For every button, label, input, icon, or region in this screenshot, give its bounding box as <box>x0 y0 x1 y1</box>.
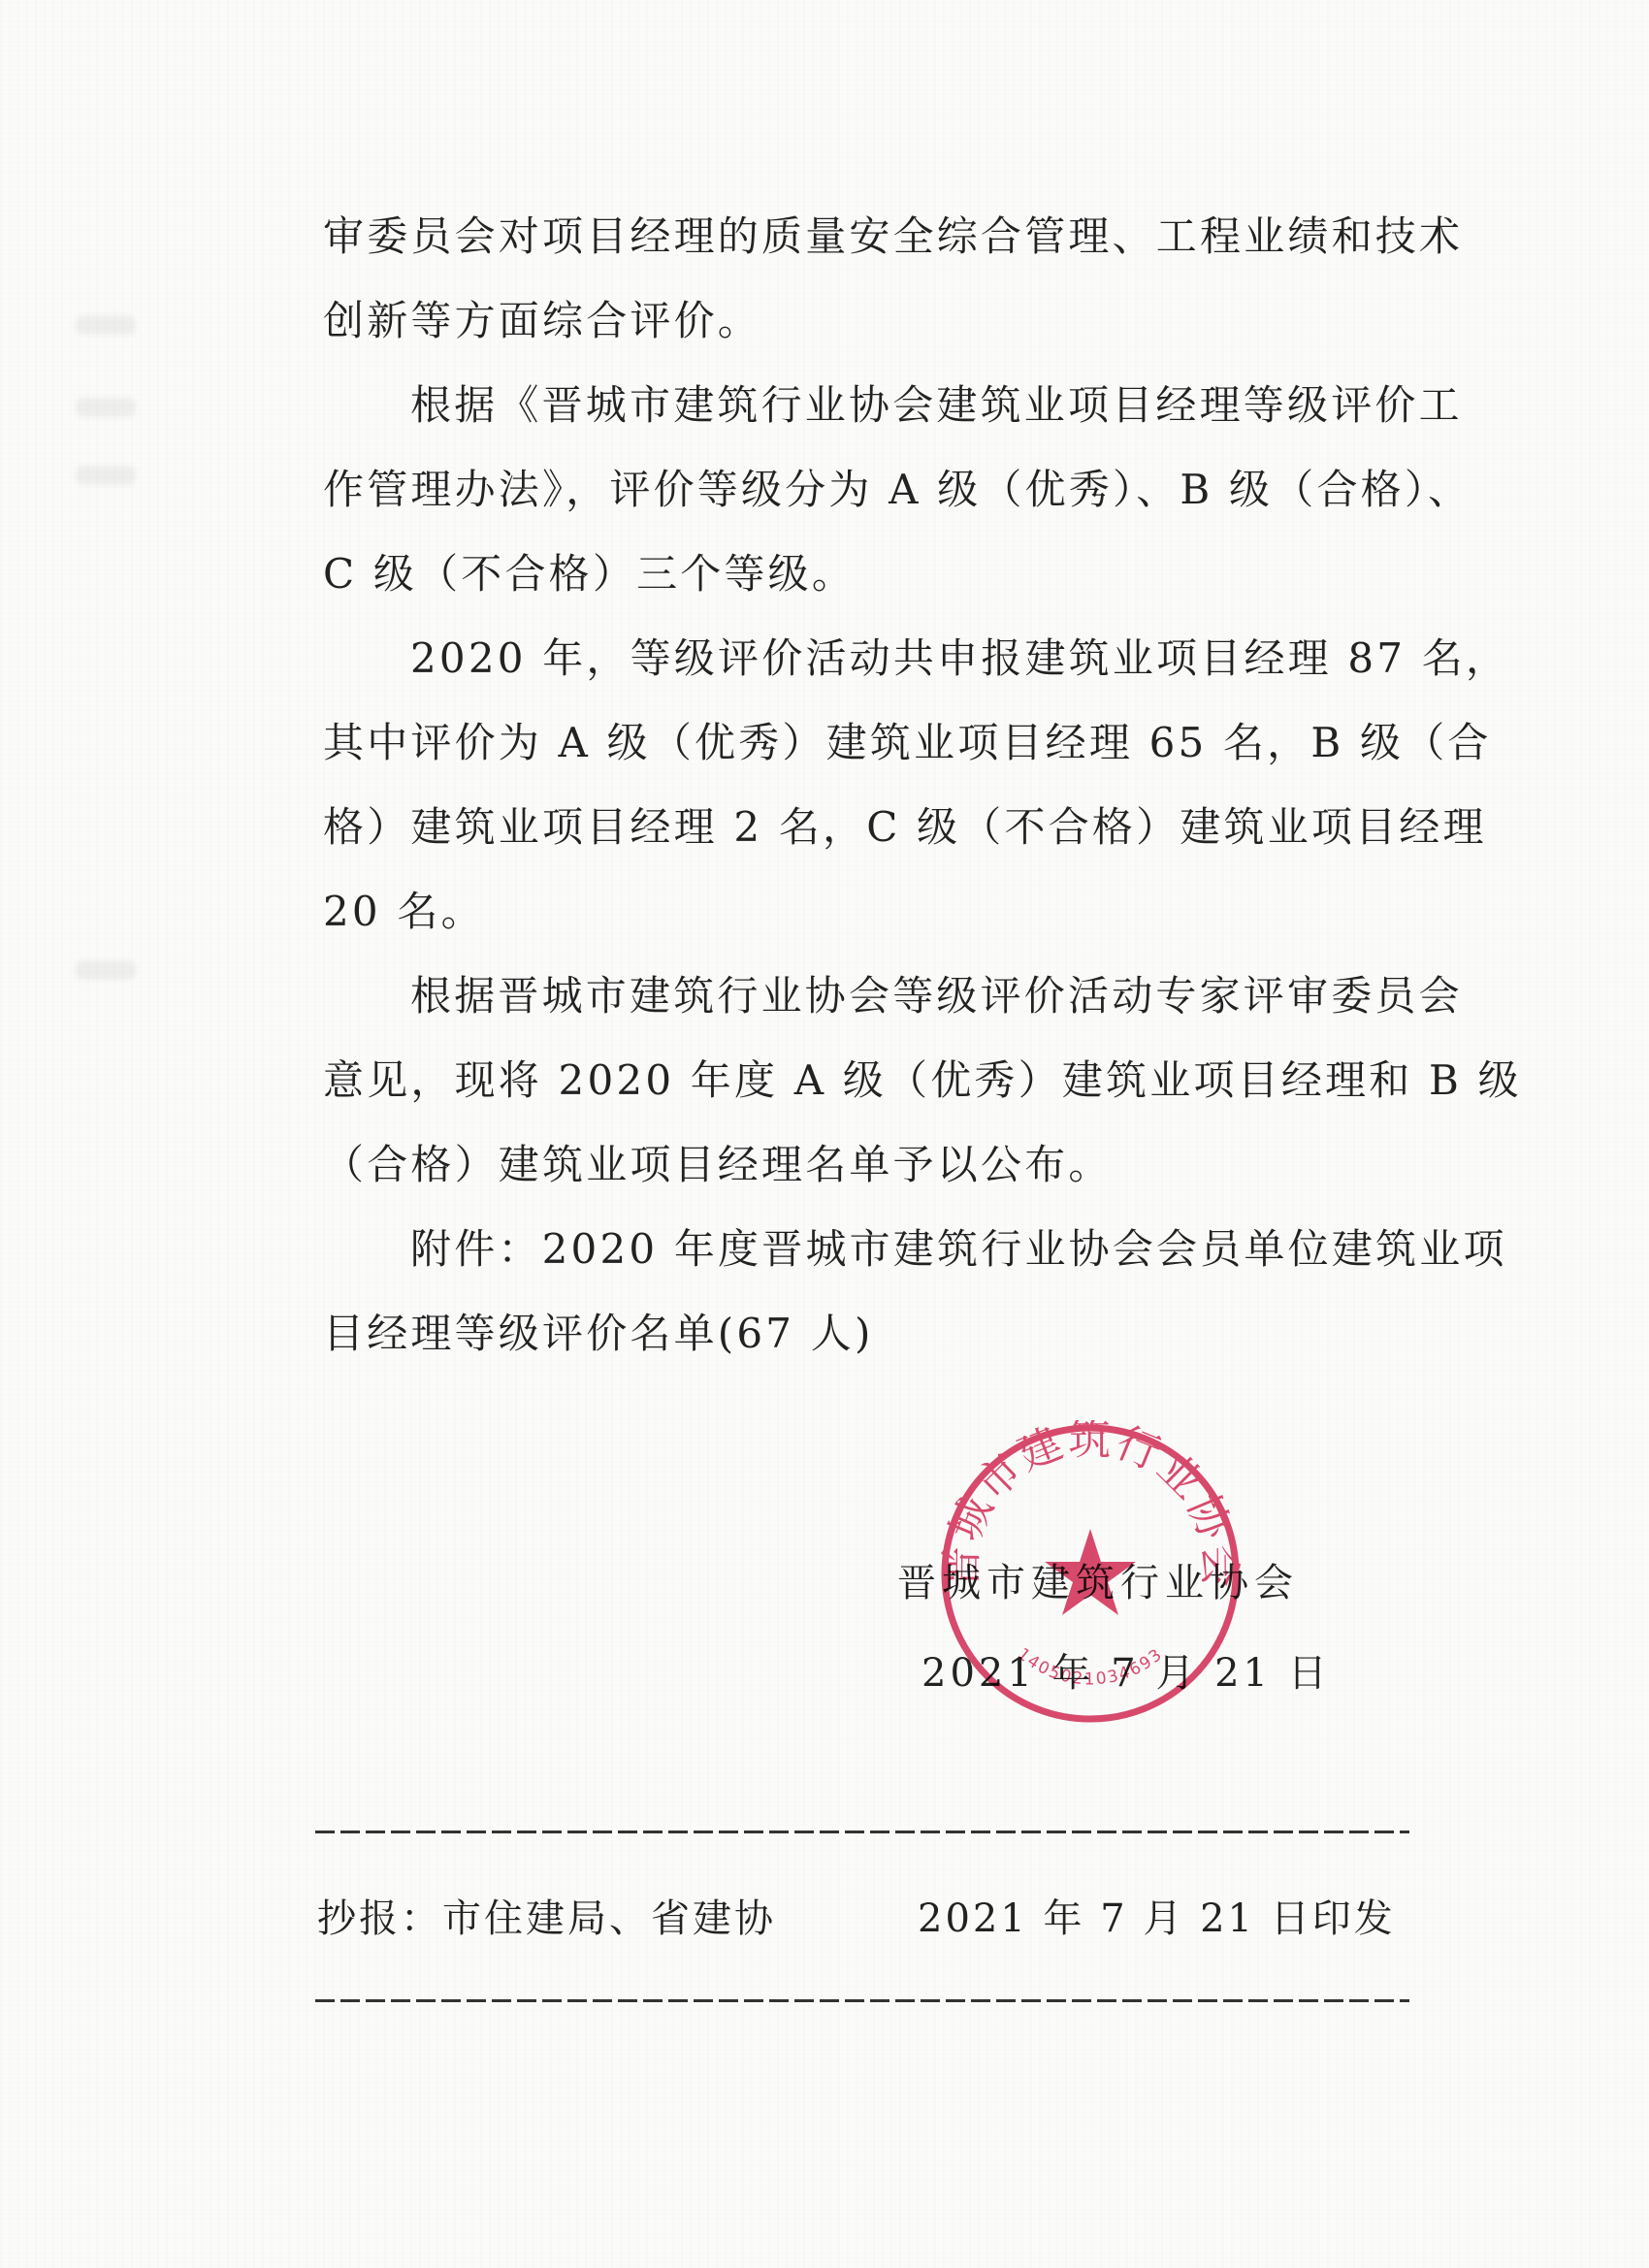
body-line: 格）建筑业项目经理 2 名，C 级（不合格）建筑业项目经理 <box>323 785 1429 869</box>
body-line: 审委员会对项目经理的质量安全综合管理、工程业绩和技术 <box>323 194 1429 278</box>
scan-smudge <box>76 960 136 980</box>
body-line: 其中评价为 A 级（优秀）建筑业项目经理 65 名，B 级（合 <box>323 700 1429 785</box>
body-line: 20 名。 <box>323 869 1429 954</box>
scan-smudge <box>76 466 136 485</box>
scan-smudge <box>76 315 136 335</box>
body-line: 作管理办法》，评价等级分为 A 级（优秀）、B 级（合格）、 <box>323 447 1429 532</box>
scan-smudge <box>76 398 136 417</box>
body-line: 意见，现将 2020 年度 A 级（优秀）建筑业项目经理和 B 级 <box>323 1038 1429 1122</box>
body-line: （合格）建筑业项目经理名单予以公布。 <box>323 1122 1429 1207</box>
body-line: 2020 年，等级评价活动共申报建筑业项目经理 87 名， <box>323 616 1429 700</box>
attachment-line: 目经理等级评价名单(67 人) <box>323 1291 1429 1376</box>
attachment-line: 附件：2020 年度晋城市建筑行业协会会员单位建筑业项 <box>323 1207 1429 1291</box>
seal-code: 1405021034693 <box>1014 1644 1167 1689</box>
star-icon <box>1045 1529 1136 1615</box>
body-line: 根据《晋城市建筑行业协会建筑业项目经理等级评价工 <box>323 363 1429 447</box>
print-date: 2021 年 7 月 21 日印发 <box>918 1888 1396 1943</box>
official-seal: 晋城市建筑行业协会 1405021034693 <box>937 1420 1244 1727</box>
body-line: C 级（不合格）三个等级。 <box>323 532 1429 616</box>
cc-recipients: 抄报：市住建局、省建协 <box>317 1888 776 1943</box>
body-line: 根据晋城市建筑行业协会等级评价活动专家评审委员会 <box>323 954 1429 1038</box>
divider-dashed <box>315 1831 1409 1833</box>
body-line: 创新等方面综合评价。 <box>323 278 1429 363</box>
document-body: 审委员会对项目经理的质量安全综合管理、工程业绩和技术 创新等方面综合评价。 根据… <box>323 194 1429 1376</box>
divider-dashed <box>315 1999 1409 2002</box>
